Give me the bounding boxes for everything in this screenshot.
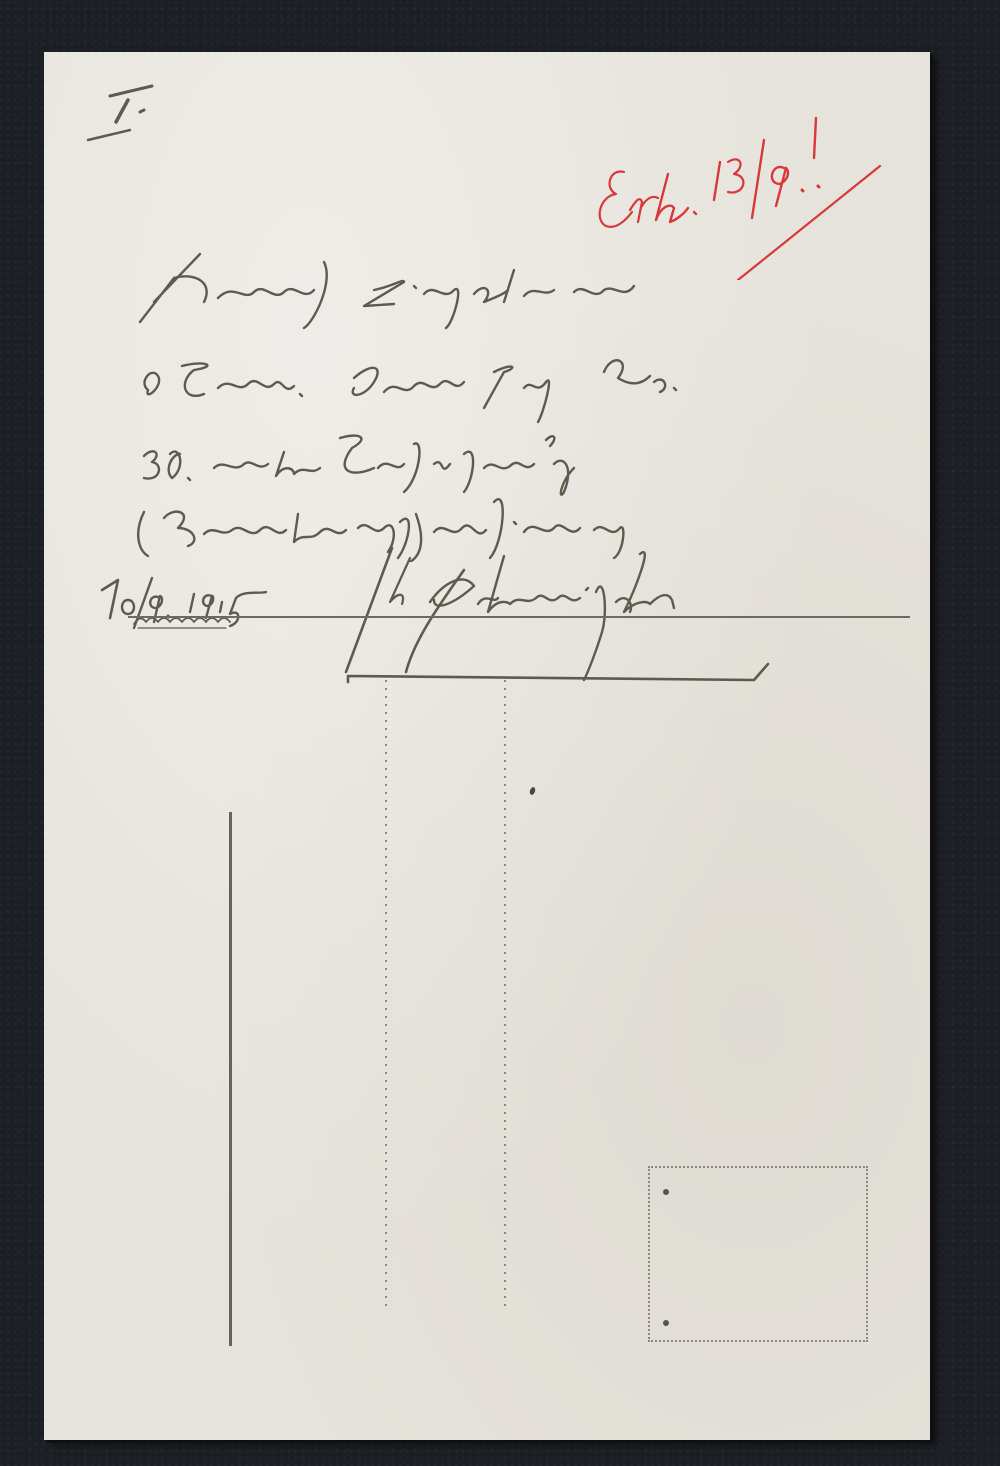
stamp-box — [648, 1166, 868, 1342]
dotted-divider-left — [385, 680, 387, 1312]
postcard: I. Erh. 13/9! Feldwebel Ziegeler bei — [44, 52, 930, 1440]
printed-horizontal-rule — [128, 616, 910, 618]
roman-numeral-mark — [74, 70, 174, 150]
signature — [334, 532, 854, 692]
paper-speck — [529, 786, 536, 795]
date-handwritten — [94, 542, 354, 632]
stamp-box-dot-top — [663, 1189, 669, 1195]
solid-vertical-line — [229, 812, 232, 1346]
handwritten-message — [134, 242, 854, 562]
stamp-box-dot-bottom — [663, 1320, 669, 1326]
dotted-divider-right — [504, 680, 506, 1312]
